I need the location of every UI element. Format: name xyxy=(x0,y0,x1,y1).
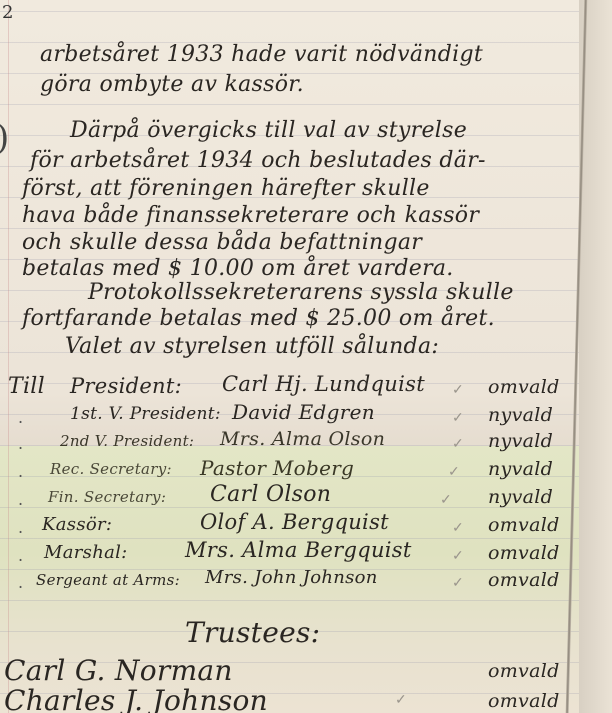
check-mark-icon: ✓ xyxy=(448,464,460,480)
trustees-heading: Trustees: xyxy=(185,616,320,649)
officer-name: Carl Hj. Lundquist xyxy=(222,372,425,396)
officer-row-sergeant-at-arms: . Sergeant at Arms: Mrs. John Johnson ✓ … xyxy=(0,565,612,595)
officer-row-2nd-vice-president: . 2nd V. President: Mrs. Alma Olson ✓ ny… xyxy=(0,426,612,456)
trustee-name: Carl G. Norman xyxy=(4,654,233,687)
officer-row-president: Till President: Carl Hj. Lundquist ✓ omv… xyxy=(0,372,612,402)
officer-row-fin-secretary: . Fin. Secretary: Carl Olson ✓ nyvald xyxy=(0,482,612,512)
election-status: nyvald xyxy=(488,430,553,452)
check-mark-icon: ✓ xyxy=(440,492,452,508)
margin-line xyxy=(8,0,9,713)
margin-bracket-mark: ) xyxy=(0,118,9,158)
office-label: Rec. Secretary: xyxy=(50,460,172,478)
trustee-row: Charles J. Johnson ✓ omvald xyxy=(0,684,612,713)
trustee-name: Charles J. Johnson xyxy=(4,684,268,713)
officer-row-kassor: . Kassör: Olof A. Bergquist ✓ omvald xyxy=(0,510,612,540)
check-mark-icon: ✓ xyxy=(452,520,464,536)
text-line: och skulle dessa båda befattningar xyxy=(22,230,422,255)
election-status: nyvald xyxy=(488,486,553,508)
text-line: fortfarande betalas med $ 25.00 om året. xyxy=(22,306,495,331)
ditto-bullet: . xyxy=(18,573,23,592)
office-label: Fin. Secretary: xyxy=(48,488,166,506)
ditto-bullet: . xyxy=(18,462,23,481)
text-line: göra ombyte av kassör. xyxy=(40,72,304,97)
text-line: Protokollssekreterarens syssla skulle xyxy=(88,280,514,305)
election-status: omvald xyxy=(488,542,560,564)
page-number: 2 xyxy=(2,2,13,23)
office-label: President: xyxy=(70,374,182,398)
check-mark-icon: ✓ xyxy=(395,692,407,708)
officer-name: Carl Olson xyxy=(210,482,331,507)
check-mark-icon: ✓ xyxy=(452,575,464,591)
election-status: omvald xyxy=(488,376,560,398)
text-line: betalas med $ 10.00 om året vardera. xyxy=(22,256,454,281)
text-line: arbetsåret 1933 hade varit nödvändigt xyxy=(40,42,483,67)
text-line: för arbetsåret 1934 och beslutades där- xyxy=(30,148,486,173)
office-label: 1st. V. President: xyxy=(70,404,221,424)
ditto-bullet: . xyxy=(18,490,23,509)
text-line: Därpå övergicks till val av styrelse xyxy=(70,118,467,143)
check-mark-icon: ✓ xyxy=(452,548,464,564)
election-status: nyvald xyxy=(488,458,553,480)
text-line: först, att föreningen härefter skulle xyxy=(22,176,430,201)
election-status: omvald xyxy=(488,660,560,682)
officer-row-marshal: . Marshal: Mrs. Alma Bergquist ✓ omvald xyxy=(0,538,612,568)
text-line: Valet av styrelsen utföll sålunda: xyxy=(65,334,439,359)
check-mark-icon: ✓ xyxy=(452,410,464,426)
check-mark-icon: ✓ xyxy=(452,382,464,398)
election-status: omvald xyxy=(488,569,560,591)
ditto-bullet: . xyxy=(18,518,23,537)
till-prefix: Till xyxy=(8,374,45,399)
election-status: omvald xyxy=(488,514,560,536)
office-label: 2nd V. President: xyxy=(60,432,194,450)
officer-name: Mrs. Alma Olson xyxy=(220,428,385,450)
check-mark-icon: ✓ xyxy=(452,436,464,452)
officer-row-rec-secretary: . Rec. Secretary: Pastor Moberg ✓ nyvald xyxy=(0,454,612,484)
officer-name: David Edgren xyxy=(232,400,375,424)
text-line: hava både finanssekreterare och kassör xyxy=(22,203,479,228)
office-label: Sergeant at Arms: xyxy=(36,571,180,589)
officer-name: Mrs. John Johnson xyxy=(205,567,378,588)
officer-name: Olof A. Bergquist xyxy=(200,510,389,534)
trustee-row: Carl G. Norman omvald xyxy=(0,654,612,684)
officer-name: Pastor Moberg xyxy=(200,456,354,480)
office-label: Kassör: xyxy=(42,514,112,535)
election-status: nyvald xyxy=(488,404,553,426)
ditto-bullet: . xyxy=(18,546,23,565)
election-status: omvald xyxy=(488,690,560,712)
ditto-bullet: . xyxy=(18,408,23,427)
officer-name: Mrs. Alma Bergquist xyxy=(185,538,412,562)
office-label: Marshal: xyxy=(44,542,128,563)
ditto-bullet: . xyxy=(18,434,23,453)
